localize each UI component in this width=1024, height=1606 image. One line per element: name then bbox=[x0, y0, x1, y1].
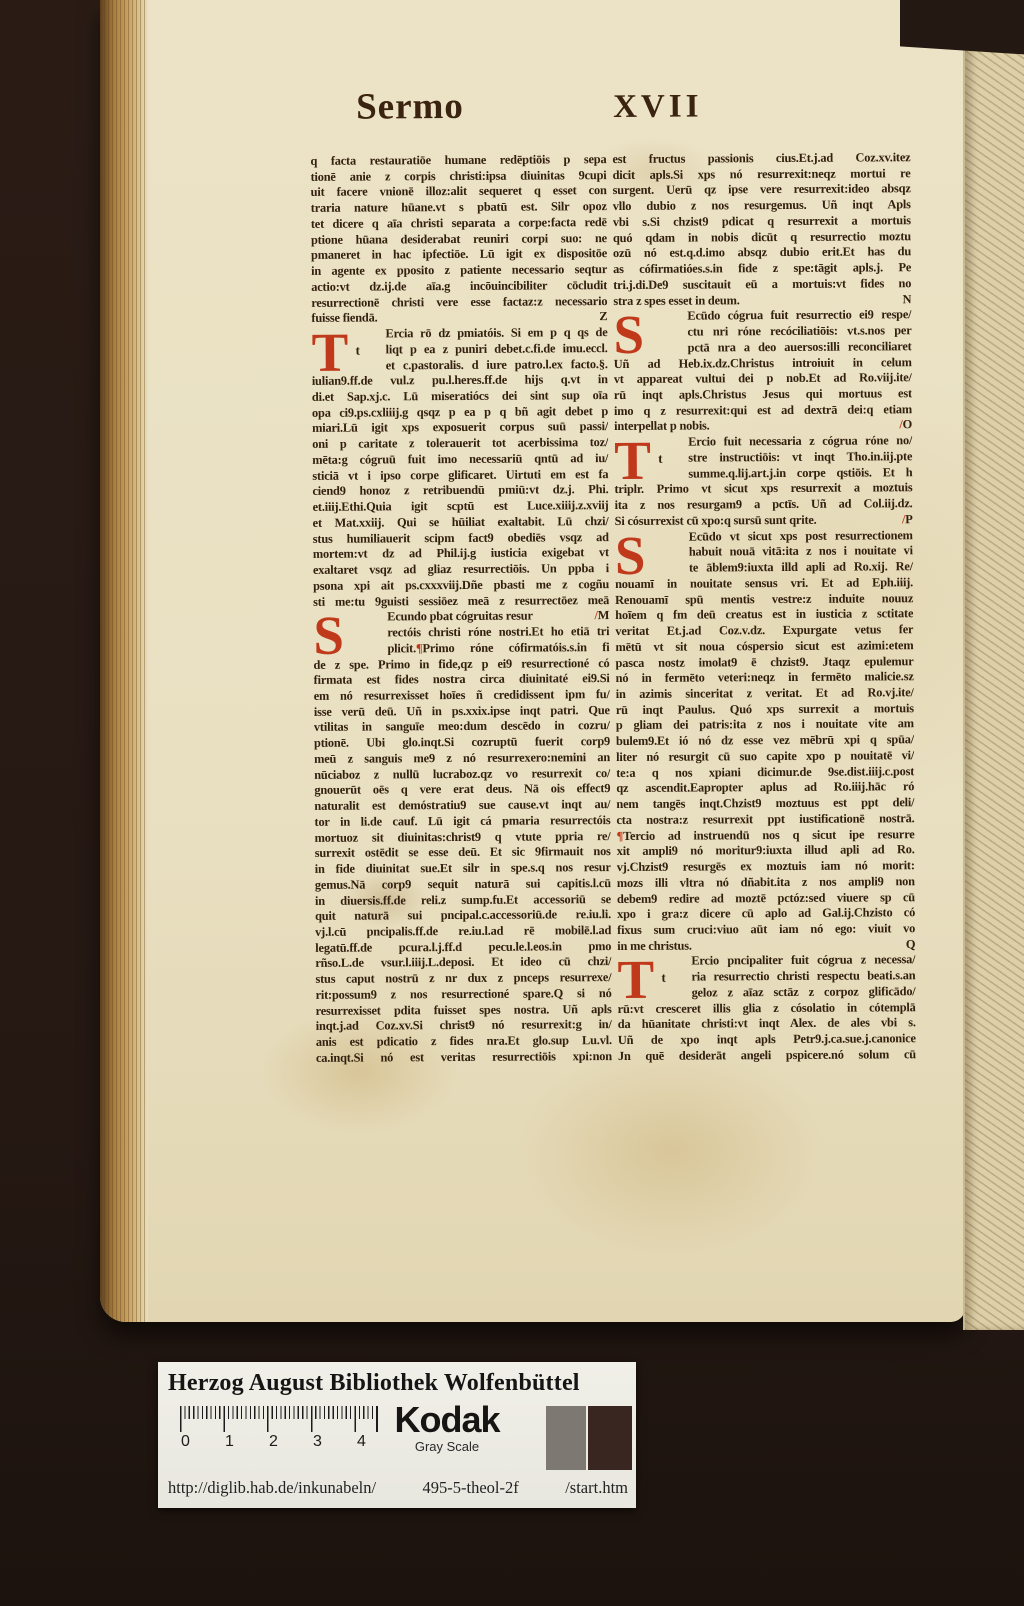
text-line: interpellat p nobis./O bbox=[614, 418, 912, 436]
text-line: Uñ ad Heb.ix.dz.Christus introiuit in ce… bbox=[614, 355, 912, 373]
text-line: vj.l.cū pncipalis.ff.de re.iu.l.ad rē mo… bbox=[315, 923, 611, 941]
text-block: SEcundo pbat cógruitas resur/Mrectóis ch… bbox=[313, 608, 612, 1066]
text-line: ita z nos resurgam9 a pctīs. Uñ ad Col.i… bbox=[615, 496, 913, 514]
text-line: fuisse fiendā.Z bbox=[311, 309, 607, 327]
text-line: resurrexisset pdita fuisset spes nostra.… bbox=[316, 1002, 612, 1020]
text-line: gemus.Nā corp9 sequit naturā sui capitis… bbox=[315, 876, 611, 894]
text-line: miari.Lū igit xps exposuerit corpus suū … bbox=[312, 420, 608, 438]
text-line: actio:vt dz.ij.de aīa.g incōuincibiliter… bbox=[311, 278, 607, 296]
text-line: stus humiliauerit scipm fact9 obediēs vs… bbox=[313, 530, 609, 548]
url-suffix: /start.htm bbox=[565, 1478, 628, 1498]
marginal-letter: N bbox=[903, 292, 912, 308]
text-line: debem9 redire ad moztē pctóz:sed viuere … bbox=[617, 890, 915, 908]
text-line: hoīem q fm deū creatus est in iusticia z… bbox=[615, 606, 913, 624]
text-line: vllo dubio z nos resurgemus. Uñ inqt Apl… bbox=[613, 197, 911, 215]
text-line: Ercio pncipaliter fuit cógrua z necessa/ bbox=[617, 953, 915, 971]
text-line: Ecundo pbat cógruitas resur/M bbox=[313, 608, 609, 626]
rubricated-initial: T bbox=[311, 330, 348, 376]
text-line: mētū vt sit noua cóspersio sicut est azi… bbox=[615, 638, 913, 656]
text-line: mortuoz sit diuinitas:christ9 q vtute pp… bbox=[315, 829, 611, 847]
text-line: tet dicere q aīa christi separata a corp… bbox=[311, 215, 607, 233]
text-line: Si cósurrexist cū xpo:q sursū sunt qrite… bbox=[615, 512, 913, 530]
text-line: in fide diuinitat sue.Et silr in spe.s.q… bbox=[315, 860, 611, 878]
text-line: rectóis christi róne nostri.Et ho etiā t… bbox=[313, 624, 609, 642]
text-line: fixus sum cruci:viuo aūt iam nó ego: viu… bbox=[617, 921, 915, 939]
text-line: Ecūdo cógrua fuit resurrectio ei9 respe/ bbox=[613, 308, 911, 326]
text-line: psona xpi ait ps.cxxxviij.Dñe pbasti me … bbox=[313, 577, 609, 595]
book-page: Sermo XVII q facta restauratiōe humane r… bbox=[100, 0, 965, 1322]
page-content: Sermo XVII q facta restauratiōe humane r… bbox=[310, 84, 922, 88]
text-line: gnouerūt oēs q vere erat deus. Nā ois ef… bbox=[314, 781, 610, 799]
guide-letter: t bbox=[658, 451, 662, 467]
text-line: triplr. Primo vt sicut xps resurrexit a … bbox=[614, 481, 912, 499]
text-line: sticiā vt i ipso corpe glificaret. Uirtu… bbox=[312, 467, 608, 485]
text-line: pctā nra a deo auersos:illi reconciliare… bbox=[614, 339, 912, 357]
pilcrow-mark: ¶ bbox=[416, 641, 423, 655]
text-line: rū inqt apls.Christus Jesus qui mortuus … bbox=[614, 386, 912, 404]
text-block: q facta restauratiōe humane redēptiōis p… bbox=[310, 152, 607, 327]
guide-letter: t bbox=[661, 970, 665, 986]
rubricated-initial: T bbox=[614, 438, 651, 484]
text-line: Ercia rō dz pmiatóis. Si em p q qs de bbox=[311, 325, 607, 343]
text-line: dicit apls.Si xps nó resurrexit:neqz mor… bbox=[612, 166, 910, 184]
text-line: ctu nri róne recóciliatiōis: vt.s.nos pe… bbox=[613, 323, 911, 341]
text-line: xit ampli9 nó moritur9:iuxta illud apli … bbox=[617, 843, 915, 861]
ruler-number: 3 bbox=[313, 1433, 322, 1451]
text-line: quó qdam in nobis dicūt q resurrectio mo… bbox=[613, 229, 911, 247]
text-line: vj.Chzist9 resurgēs ex moztuis iam nó mo… bbox=[617, 858, 915, 876]
text-line: cta nostra:z resurrexit ppt iustificatio… bbox=[616, 811, 914, 829]
text-line: surrexit ostēdit se esse deū. Et sic 9fi… bbox=[315, 844, 611, 862]
text-line: summe.q.lij.art.j.in corpe qstiōis. Et h bbox=[614, 465, 912, 483]
text-line: ozū nó est.q.d.imo absqz dubio erit.Et h… bbox=[613, 245, 911, 263]
text-line: et c.pastoralis. d iure patro.l.ex facto… bbox=[312, 357, 608, 375]
text-line: Ercio fuit necessaria z cógrua róne no/ bbox=[614, 433, 912, 451]
text-line: da hūanitate christi:vt inqt Alex. de al… bbox=[618, 1016, 916, 1034]
text-line: tionē anie z corpis christi:ipsa diuinit… bbox=[311, 168, 607, 186]
text-line: tri.j.di.De9 suscitauit eū a mortuis:vt … bbox=[613, 276, 911, 294]
text-line: quit naturā sui pncipal.c.accessoriū.de … bbox=[315, 907, 611, 925]
book-fore-edge bbox=[100, 0, 148, 1322]
text-line: ptionē. Ubi glo.inqt.Si cozruptū fuerit … bbox=[314, 734, 610, 752]
shelfmark: 495-5-theol-2f bbox=[423, 1478, 519, 1498]
text-block: TtErcia rō dz pmiatóis. Si em p q qs del… bbox=[311, 325, 609, 610]
text-line: nouamī in nouitate sensus vri. Et ad Eph… bbox=[615, 575, 913, 593]
text-line: resurrectionē christi vere esse factaz:z… bbox=[311, 294, 607, 312]
text-line: et.iiij.Ethi.Quia igit scptū est Luce.xi… bbox=[313, 498, 609, 516]
gray-scale-caption: Gray Scale bbox=[380, 1439, 514, 1455]
library-label: Herzog August Bibliothek Wolfenbüttel 0 … bbox=[158, 1362, 636, 1508]
text-line: est fructus passionis cius.Et.j.ad Coz.x… bbox=[612, 150, 910, 168]
text-line: as cófirmatióes.s.in fide z spe:tāgit ap… bbox=[613, 260, 911, 278]
text-line: surgent. Uerū qz ipse vere resurrexit:id… bbox=[613, 182, 911, 200]
running-header: Sermo XVII bbox=[310, 84, 922, 134]
text-line: vtilitas in sanguīe meo:dum descēdo in c… bbox=[314, 718, 610, 736]
text-line: rñso.L.de vsur.l.iiij.L.deposi. Et ideo … bbox=[315, 954, 611, 972]
gray-scale-patch-light bbox=[546, 1406, 586, 1470]
text-line: mozs illi vltra nó dñabit.ita z nos ampl… bbox=[617, 874, 915, 892]
text-line: geloz z aīaz sctāz z corpoz glificādo/ bbox=[617, 984, 915, 1002]
text-block: SEcūdo cógrua fuit resurrectio ei9 respe… bbox=[613, 308, 912, 436]
ruler-number: 4 bbox=[357, 1433, 366, 1451]
text-line: in diuersis.ff.de reli.z sump.fu.Et acce… bbox=[315, 892, 611, 910]
text-line: mēta:g cógruū fuit imo necessariū qntū a… bbox=[312, 451, 608, 469]
guide-letter: t bbox=[356, 343, 360, 359]
pilcrow-mark: ¶ bbox=[617, 829, 624, 843]
marginal-letter: Q bbox=[906, 937, 916, 953]
text-line: em nó resurrexisset hoīes ñ credidissent… bbox=[314, 687, 610, 705]
text-line: oni p caritate z tolerauerit tot acerbis… bbox=[312, 435, 608, 453]
rubricated-initial: S bbox=[313, 613, 344, 659]
text-line: ¶Tercio ad instruendū nos q sicut ipe re… bbox=[617, 827, 915, 845]
text-line: ciend9 honoz z retribuendū pmiū:vt dz.j.… bbox=[312, 482, 608, 500]
text-line: in me christus.Q bbox=[617, 937, 915, 955]
text-line: nó in fermēto veteri:neqz in fermēto mal… bbox=[616, 669, 914, 687]
text-line: nem tangēs inqt.Chzist9 moztuus est ppt … bbox=[616, 795, 914, 813]
text-line: opa ci9.ps.cxliiij.g qsqz p ea p q bñ ag… bbox=[312, 404, 608, 422]
rubricated-initial: S bbox=[615, 532, 646, 578]
text-line: iulian9.ff.de vul.z pu.l.heres.ff.de hij… bbox=[312, 372, 608, 390]
text-line: stra z spes esset in deum.N bbox=[613, 292, 911, 310]
text-line: de z spe. Primo in fide,qz p ei9 resurre… bbox=[313, 656, 609, 674]
text-line: Ecūdo vt sicut xps post resurrectionem bbox=[615, 528, 913, 546]
header-title: Sermo bbox=[356, 87, 464, 128]
text-line: te āblem9:iuxta illd apli ad Ro.xij. Re/ bbox=[615, 559, 913, 577]
text-line: naturalit est demóstratiu9 sue cause.vt … bbox=[314, 797, 610, 815]
text-line: q facta restauratiōe humane redēptiōis p… bbox=[310, 152, 606, 170]
text-line: meū z sanguis me9 z nó resurrexero:nemin… bbox=[314, 750, 610, 768]
text-line: liter nó resurgit cū suo capite xpo p no… bbox=[616, 748, 914, 766]
text-column-left: q facta restauratiōe humane redēptiōis p… bbox=[310, 152, 612, 1066]
text-line: bulem9.Et ió nó dz esse vez mēbrū xpi q … bbox=[616, 732, 914, 750]
marginal-letter: /O bbox=[899, 418, 912, 434]
text-line: mortem:vt dz ad Phil.ij.g iusticia exige… bbox=[313, 545, 609, 563]
rubricated-initial: S bbox=[613, 312, 644, 358]
text-line: p gliam dei patris:ita z nos i nouitate … bbox=[616, 717, 914, 735]
text-line: ptione hūana desiderabat reuniri corpi s… bbox=[311, 231, 607, 249]
text-line: Renouamī spū mentis vestre:z induite nou… bbox=[615, 591, 913, 609]
facing-page-edge bbox=[963, 0, 1024, 1330]
rubricated-initial: T bbox=[617, 957, 654, 1003]
gray-scale-patch-dark bbox=[588, 1406, 632, 1470]
text-line: Uñ de xpo inqt apls Petr9.j.ca.sue.j.can… bbox=[618, 1031, 916, 1049]
text-line: vbi s.Si chzist9 pdicat q resurrexit a m… bbox=[613, 213, 911, 231]
text-line: di.et Sap.xj.c. Lū miseratiócs dei sint … bbox=[312, 388, 608, 406]
text-line: isse verū deū. Uñ in ps.xxix.ipse inqt p… bbox=[314, 703, 610, 721]
text-line: in agente ex pposito z patiente necessar… bbox=[311, 262, 607, 280]
ruler-number: 0 bbox=[181, 1433, 190, 1451]
kodak-wordmark: Kodak Gray Scale bbox=[380, 1402, 514, 1455]
ruler-number: 2 bbox=[269, 1433, 278, 1451]
text-line: uit facere vnionē illoz:alit sequeret q … bbox=[311, 184, 607, 202]
text-line: rū inqt Paulus. Quó xps surrexit a mortu… bbox=[616, 701, 914, 719]
ruler-number: 1 bbox=[225, 1433, 234, 1451]
text-line: anis est pdicatio z fides nra.Et glo.sup… bbox=[316, 1033, 612, 1051]
text-block: est fructus passionis cius.Et.j.ad Coz.x… bbox=[612, 150, 911, 309]
text-line: firmata est fides nostra circa diuinitat… bbox=[314, 671, 610, 689]
text-line: plicit.¶Primo róne cófirmatóis.s.in fi bbox=[313, 640, 609, 658]
text-line: rit:possum9 z nos resurrectioné spare.Q … bbox=[316, 986, 612, 1004]
text-line: xpo i gra:z dicere cū aplo ad Gal.ij.Chz… bbox=[617, 905, 915, 923]
text-line: vt appareat vultui dei p nob.Et ad Ro.vi… bbox=[614, 370, 912, 388]
ruler-scale: 0 1 2 3 4 bbox=[172, 1406, 384, 1456]
text-line: tor in li.de cauf. Lū igit cá pmaria res… bbox=[314, 813, 610, 831]
text-line: imo q z resurrexit:qui est ad dextrā dei… bbox=[614, 402, 912, 420]
marginal-letter: /P bbox=[902, 512, 913, 528]
ruler-ticks bbox=[180, 1406, 378, 1432]
text-line: et Mat.xxiij. Qui se hūiliat exaltabit. … bbox=[313, 514, 609, 532]
library-name: Herzog August Bibliothek Wolfenbüttel bbox=[168, 1368, 630, 1398]
text-line: legatū.ff.de pcura.l.j.ff.d pecu.le.l.eo… bbox=[315, 939, 611, 957]
text-line: sti me:tu 9guisti sessiōez meā z resurre… bbox=[313, 593, 609, 611]
text-line: traria nature hūane.vt s pbatū est. Silr… bbox=[311, 199, 607, 217]
text-line: habuit nouā vitā:ita z nos i nouitate vi bbox=[615, 544, 913, 562]
url-prefix: http://diglib.hab.de/inkunabeln/ bbox=[168, 1478, 376, 1498]
marginal-letter: /M bbox=[594, 608, 609, 624]
text-block: SEcūdo vt sicut xps post resurrectionemh… bbox=[615, 528, 916, 955]
text-line: te:a q nos xpiani dicimur.de 9se.dist.ii… bbox=[616, 764, 914, 782]
text-block: TtErcio pncipaliter fuit cógrua z necess… bbox=[617, 953, 916, 1065]
text-line: qz ascendit.Eapropter aplus ad Ro.iiij.h… bbox=[616, 780, 914, 798]
kodak-brand-text: Kodak bbox=[380, 1402, 514, 1438]
text-line: pmaneret in hac ipfectiōe. Lū igit ex di… bbox=[311, 246, 607, 264]
text-line: exaltaret vsqz ad gliaz resurrectiōis. U… bbox=[313, 561, 609, 579]
text-line: nūciaboz z nullū lucraboz.qz vo resurrex… bbox=[314, 766, 610, 784]
text-line: inqt.j.ad Coz.xv.Si christ9 nó resurrexi… bbox=[316, 1017, 612, 1035]
text-line: pasca nostz imolat9 ē chzist9. Jtaqz epu… bbox=[615, 654, 913, 672]
text-block: TtErcio fuit necessaria z cógrua róne no… bbox=[614, 433, 913, 529]
header-folio-number: XVII bbox=[613, 88, 703, 125]
marginal-letter: Z bbox=[599, 309, 607, 325]
text-line: ca.inqt.Si nó est veritas resurrectiōis … bbox=[316, 1049, 612, 1067]
text-column-right: est fructus passionis cius.Et.j.ad Coz.x… bbox=[612, 150, 916, 1064]
text-line: stus caput nostrū z nr dux z pnceps resu… bbox=[315, 970, 611, 988]
text-line: rū:vt cresceret illis glia z cósolatio i… bbox=[618, 1000, 916, 1018]
url-row: http://diglib.hab.de/inkunabeln/ 495-5-t… bbox=[168, 1478, 628, 1498]
text-line: Jn quē desiderāt angeli pspicere.nó solu… bbox=[618, 1047, 916, 1065]
text-line: veritat Et.j.ad Coz.v.dz. Expurgate vetu… bbox=[615, 622, 913, 640]
text-line: in azimis sinceritat z veritat. Et ad Ro… bbox=[616, 685, 914, 703]
